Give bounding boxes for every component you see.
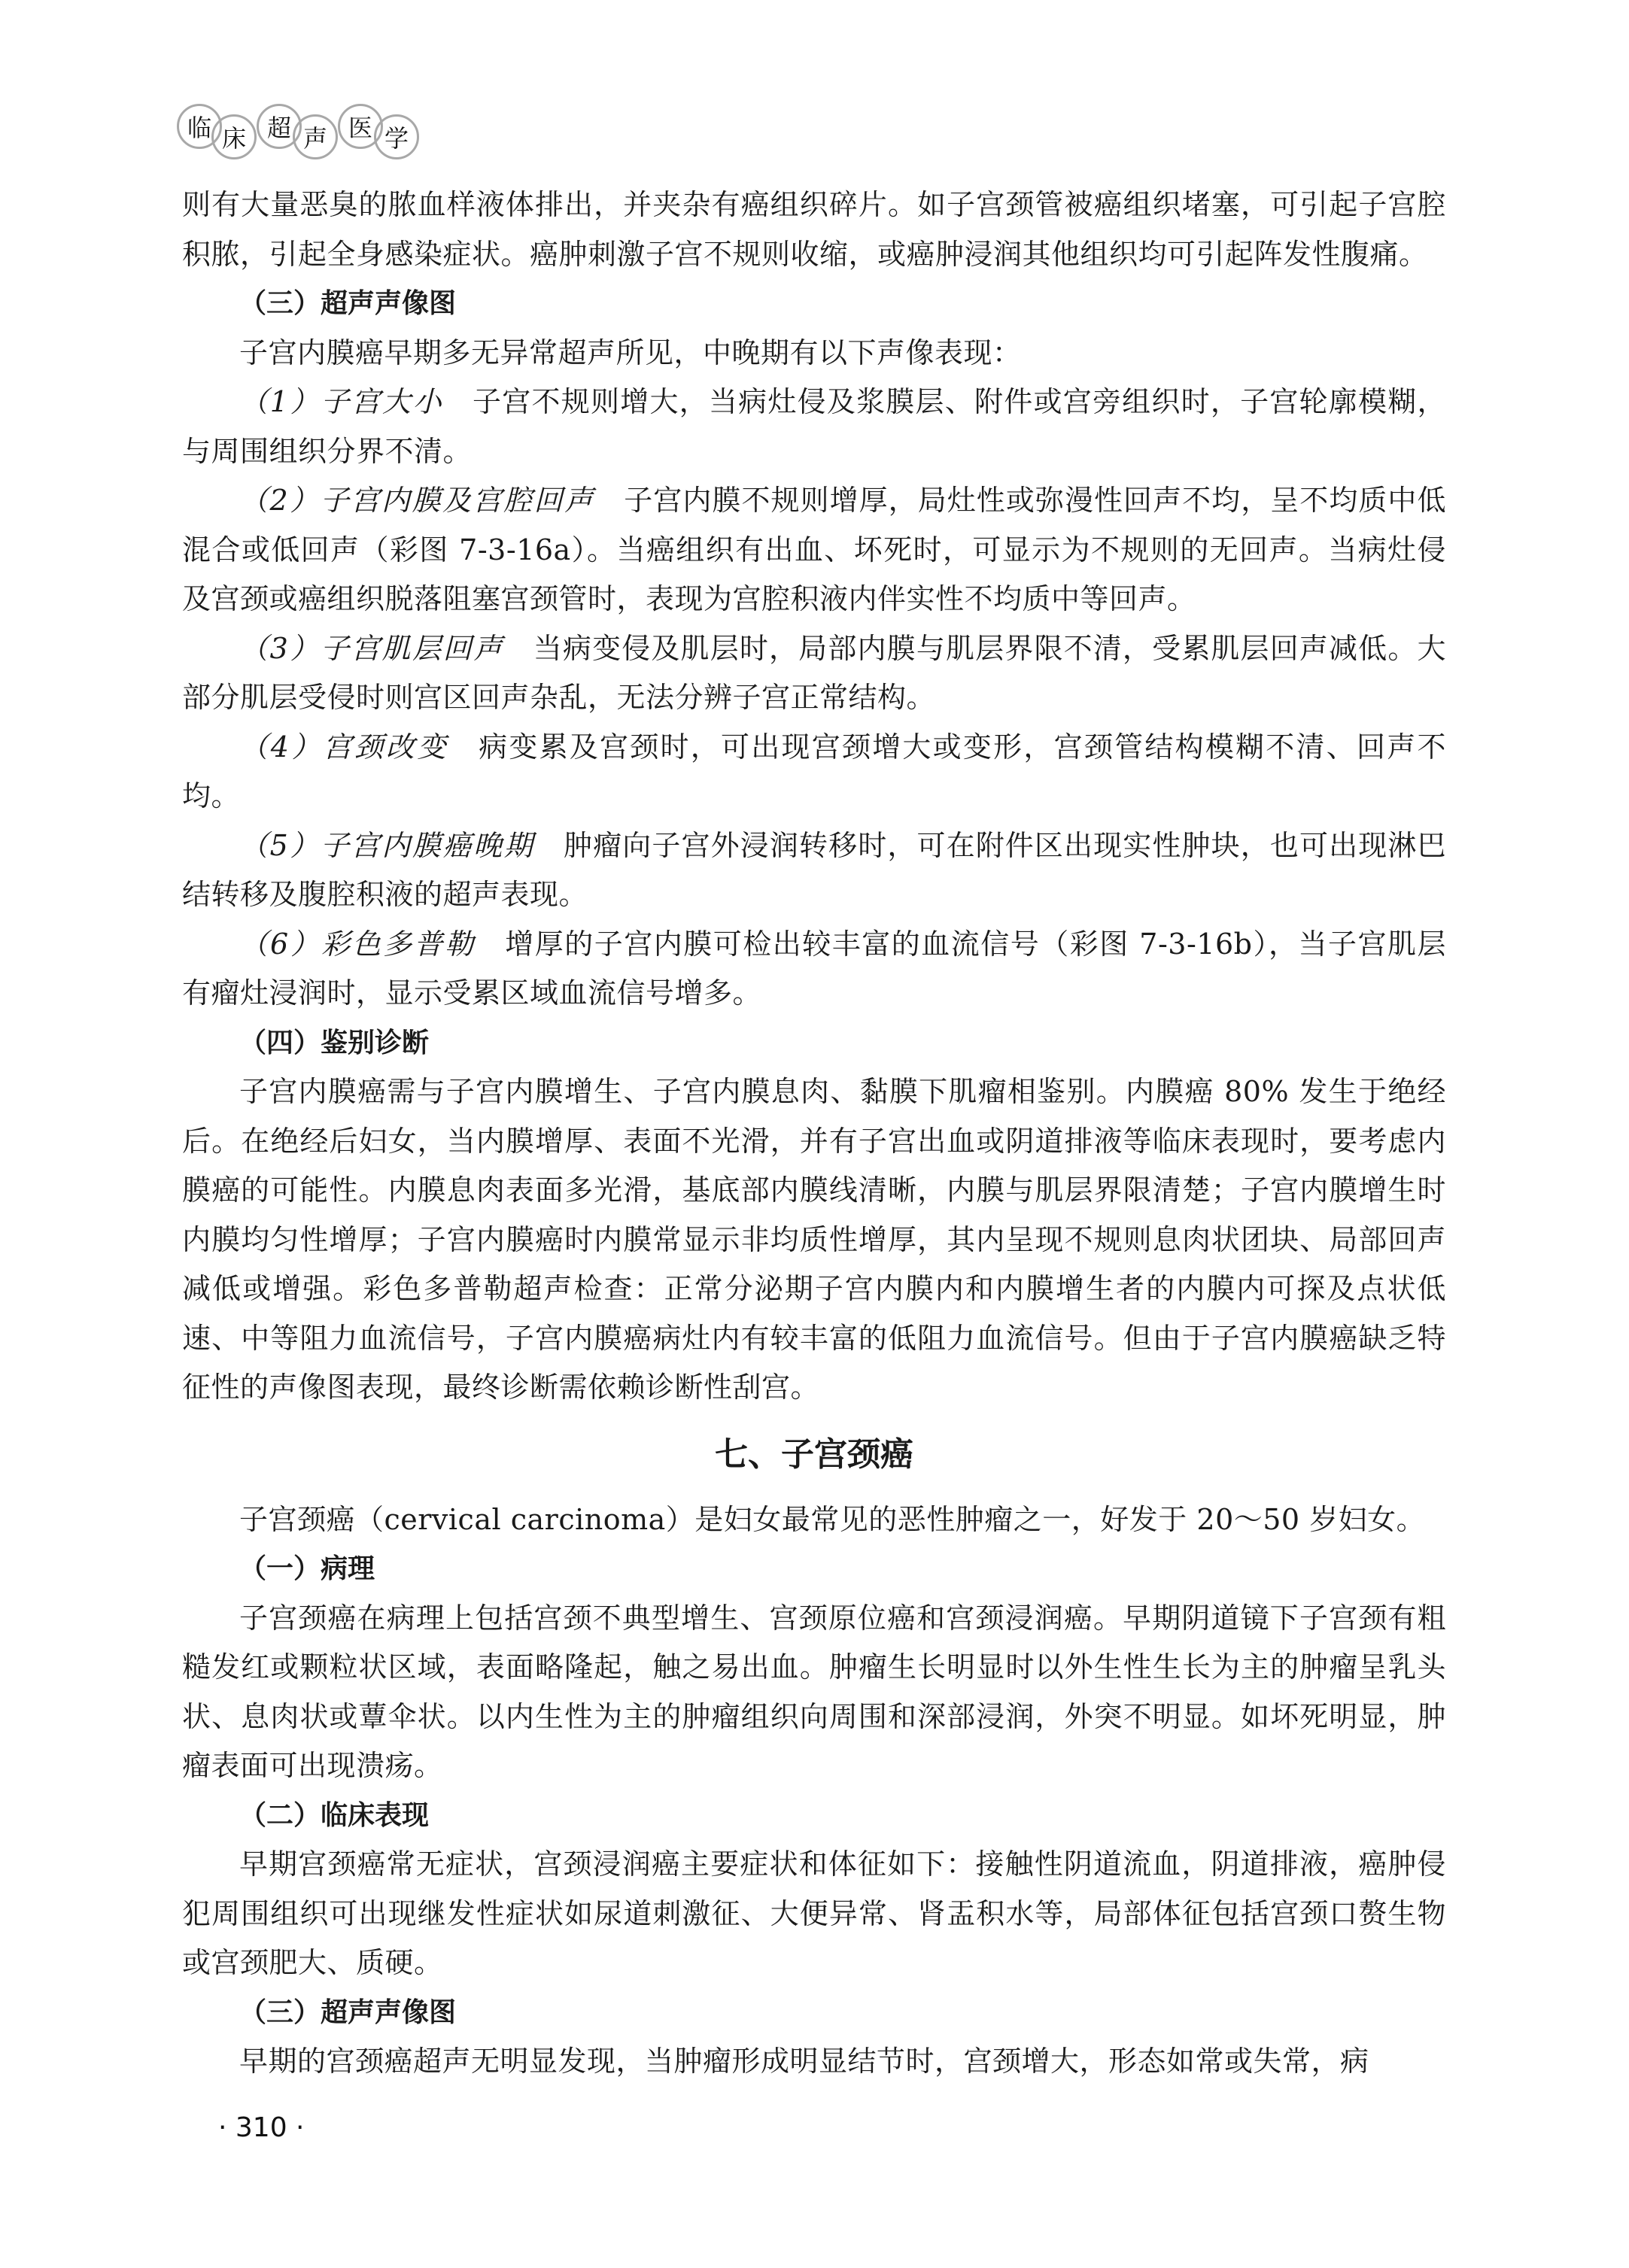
page-number: · 310 · — [218, 2112, 305, 2143]
ultrasound-item-4: （4）宫颈改变病变累及宫颈时，可出现宫颈增大或变形，宫颈管结构模糊不清、回声不均… — [182, 723, 1446, 821]
item-term: （3）子宫肌层回声 — [239, 632, 504, 665]
page-body: 则有大量恶臭的脓血样液体排出，并夹杂有癌组织碎片。如子宫颈管被癌组织堵塞，可引起… — [182, 181, 1446, 2087]
heading-clinical: （二）临床表现 — [182, 1791, 1446, 1841]
logo-char-2: 床 — [211, 114, 257, 159]
ultrasound-item-1: （1）子宫大小子宫不规则增大，当病灶侵及浆膜层、附件或宫旁组织时，子宫轮廓模糊，… — [182, 378, 1446, 476]
section-title-cervical-cancer: 七、子宫颈癌 — [182, 1417, 1446, 1492]
heading-pathology: （一）病理 — [182, 1544, 1446, 1594]
item-term: （4）宫颈改变 — [239, 730, 448, 764]
cervical-ultrasound-text: 早期的宫颈癌超声无明显发现，当肿瘤形成明显结节时，宫颈增大，形态如常或失常，病 — [182, 2037, 1446, 2087]
heading-cervical-ultrasound: （三）超声声像图 — [182, 1988, 1446, 2038]
ultrasound-item-6: （6）彩色多普勒增厚的子宫内膜可检出较丰富的血流信号（彩图 7-3-16b），当… — [182, 920, 1446, 1019]
heading-differential-diagnosis: （四）鉴别诊断 — [182, 1019, 1446, 1068]
logo-char-4: 声 — [293, 114, 338, 159]
cervical-intro: 子宫颈癌（cervical carcinoma）是妇女最常见的恶性肿瘤之一，好发… — [182, 1495, 1446, 1545]
ultrasound-item-3: （3）子宫肌层回声当病变侵及肌层时，局部内膜与肌层界限不清，受累肌层回声减低。大… — [182, 624, 1446, 723]
pathology-text: 子宫颈癌在病理上包括宫颈不典型增生、宫颈原位癌和宫颈浸润癌。早期阴道镜下子宫颈有… — [182, 1594, 1446, 1791]
heading-endometrial-ultrasound: （三）超声声像图 — [182, 279, 1446, 329]
item-term: （1）子宫大小 — [239, 385, 443, 418]
item-term: （2）子宫内膜及宫腔回声 — [239, 484, 595, 517]
item-term: （5）子宫内膜癌晚期 — [239, 829, 534, 862]
logo-char-6: 学 — [374, 114, 419, 159]
item-term: （6）彩色多普勒 — [239, 928, 476, 961]
clinical-text: 早期宫颈癌常无症状，宫颈浸润癌主要症状和体征如下：接触性阴道流血，阴道排液，癌肿… — [182, 1840, 1446, 1988]
differential-diagnosis-text: 子宫内膜癌需与子宫内膜增生、子宫内膜息肉、黏膜下肌瘤相鉴别。内膜癌 80% 发生… — [182, 1067, 1446, 1413]
endometrial-ultrasound-intro: 子宫内膜癌早期多无异常超声所见，中晚期有以下声像表现： — [182, 329, 1446, 378]
ultrasound-item-2: （2）子宫内膜及宫腔回声子宫内膜不规则增厚，局灶性或弥漫性回声不均，呈不均质中低… — [182, 476, 1446, 624]
ultrasound-item-5: （5）子宫内膜癌晚期肿瘤向子宫外浸润转移时，可在附件区出现实性肿块，也可出现淋巴… — [182, 821, 1446, 920]
continuation-paragraph: 则有大量恶臭的脓血样液体排出，并夹杂有癌组织碎片。如子宫颈管被癌组织堵塞，可引起… — [182, 181, 1446, 279]
